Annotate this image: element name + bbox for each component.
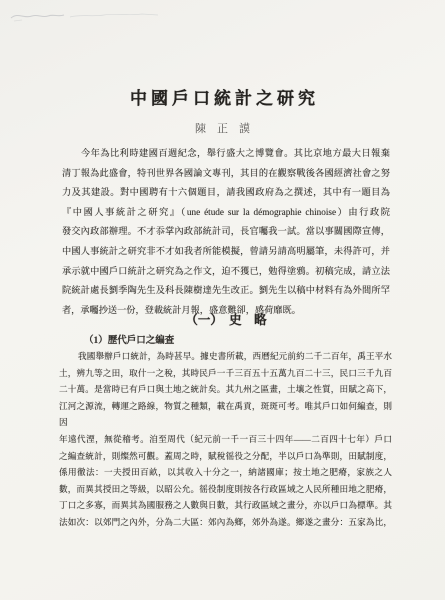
text-line: 發交內政部辦理。不才忝掌內政部統計司，長官囑我一試。當以事關國際宣傳， [62,222,390,242]
author-name: 陳正謨 [0,120,445,136]
text-line: 我國舉辦戶口統計，為時甚早。據史書所載，西曆紀元前約二千二百年，禹王平水 [59,348,392,365]
text-line: 今年為比利時建國百週紀念，舉行盛大之博覽會。其比京地方最大日報棄 [62,144,390,164]
text-line: 法如次：以郊門之內外，分為二大區：郊內為鄉，郊外為遂。鄉遂之畫分：五家為比， [59,514,392,531]
text-line: 中國人事統計之研究非不才如我者所能模擬，曾請另請高明屬筆，未得許可，并 [62,242,390,262]
scanned-page: 中國戶口統計之研究 陳正謨 今年為比利時建國百週紀念，舉行盛大之博覽會。其比京地… [0,0,445,600]
subsection-heading: （1）歷代戶口之編查 [84,332,174,346]
text-line: 年遠代湮，無從稽考。洎至周代（紀元前一千一百三十四年——二百四十七年）戶口 [59,431,392,448]
handwritten-mark [8,8,168,24]
history-paragraph: 我國舉辦戶口統計，為時甚早。據史書所載，西曆紀元前約二千二百年，禹王平水 土，辨… [59,348,392,531]
text-line: 力及其建設。對中國聘有十六個題目，請我國政府為之撰述，其中有一題目為 [62,183,390,203]
text-line: 數，而異其授田之等級，以昭公允。徭役制度則按各行政區域之人民所種田地之肥瘠， [59,481,392,498]
text-line: 土，辨九等之田，取什一之稅，其時民戶一千三百五十五萬九百二十三，民口三千九百 [59,365,392,382]
text-line: 江河之源流，轉運之路線，物質之種類，載在禹貢，斑斑可考。唯其戶口如何編查，則因 [59,398,392,431]
text-line: 之編查統計，則燦然可觀。蓋周之時，賦稅徭役之分配，半以戶口為準則，田賦制度， [59,448,392,465]
text-line: 清丁報為此盛會，特刊世界各國論文專刊，其目的在觀察戰後各國經濟社會之努 [62,164,390,184]
text-line: 『中國人事統計之研究』（une étude sur la démographie… [62,203,390,223]
text-line: 係用徹法：一夫授田百畝，以其收入十分之一，納諸國庫；按土地之肥瘠，家族之人 [59,464,392,481]
intro-paragraph: 今年為比利時建國百週紀念，舉行盛大之博覽會。其比京地方最大日報棄 清丁報為此盛會… [62,144,390,320]
page-title: 中國戶口統計之研究 [0,84,445,109]
text-line: 二十萬。是當時已有戶口與土地之統計矣。其九州之區畫，土壤之性質，田賦之高下， [59,381,392,398]
text-line: 承示就中國戶口統計之研究為之作文，迫不獲已，勉得塗鴉。初稿完成，請立法 [62,262,390,282]
text-line: 院統計處長劉季陶先生及科長陳樹達先生改正。劉先生以稿中材料有為外間所罕 [62,281,390,301]
text-line: 丁口之多寡，而異其為國服務之人數與日數，其行政區域之畫分，亦以戶口為標準。其 [59,497,392,514]
section-heading: （一） 史 略 [62,310,390,328]
